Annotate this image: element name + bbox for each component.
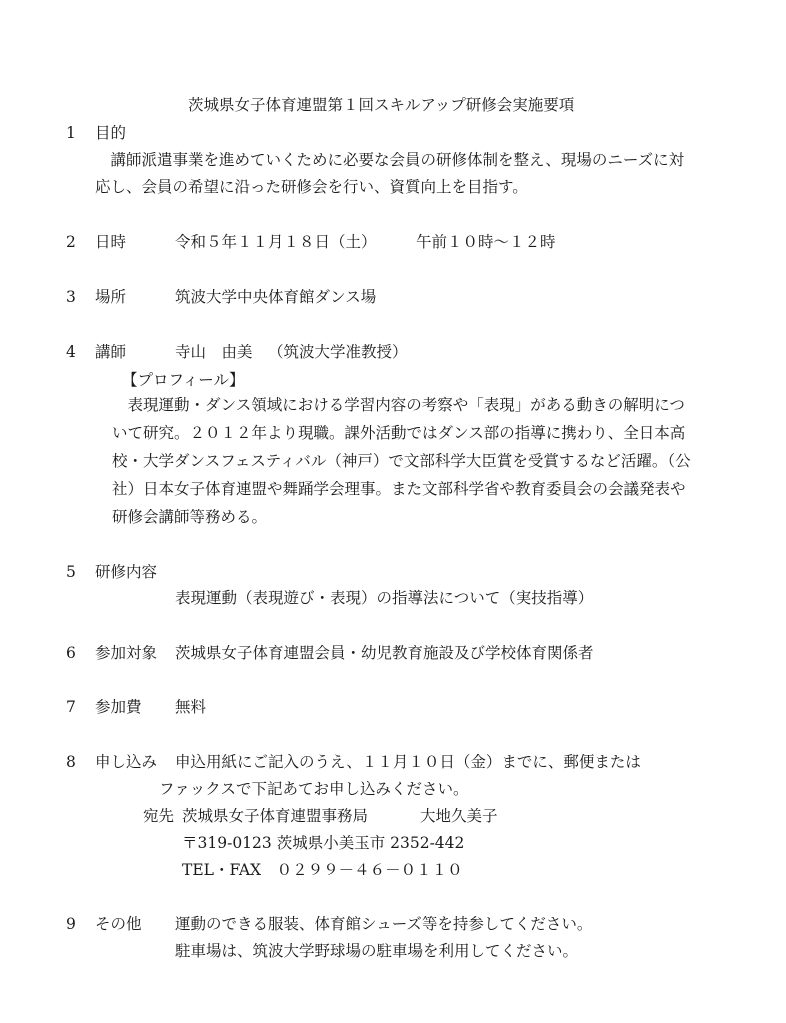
section-label: 研修内容: [95, 562, 157, 582]
address-person: 大地久美子: [420, 806, 498, 826]
participation-fee: 無料: [175, 697, 206, 717]
address-org: 茨城県女子体育連盟事務局: [182, 806, 368, 826]
profile-line: 社）日本女子体育連盟や舞踊学会理事。また文部科学省や教育委員会の会議発表や: [112, 476, 686, 504]
purpose-line: 講師派遣事業を進めていくために必要な会員の研修体制を整え、現場のニーズに対: [95, 147, 684, 175]
profile-line: 校・大学ダンスフェスティバル（神戸）で文部科学大臣賞を受賞するなど活躍。（公: [112, 448, 691, 476]
section-label: 参加対象: [95, 643, 157, 663]
event-time: 午前１０時～１２時: [416, 232, 556, 252]
section-label: 場所: [95, 287, 126, 307]
postal-address: 〒319-0123 茨城県小美玉市 2352-442: [182, 833, 464, 853]
other-note: 運動のできる服装、体育館シューズ等を持参してください。: [175, 914, 592, 934]
event-date: 令和５年１１月１８日（土）: [175, 232, 377, 252]
address-label: 宛先: [143, 806, 174, 826]
purpose-line: 応し、会員の希望に沿った研修会を行い、資質向上を目指す。: [95, 174, 528, 202]
section-number: 9: [66, 914, 76, 934]
section-label: 申し込み: [95, 752, 157, 772]
section-number: 8: [66, 752, 76, 772]
tel-fax: TEL・FAX ０２９９－４６－０１１０: [182, 860, 463, 880]
section-number: 1: [66, 123, 76, 143]
profile-line: 研修会講師等務める。: [112, 504, 267, 532]
document-title: 茨城県女子体育連盟第１回スキルアップ研修会実施要項: [188, 95, 574, 115]
instructor-name: 寺山 由美: [175, 342, 253, 362]
application-line: 申込用紙にご記入のうえ、１１月１０日（金）までに、郵便または: [175, 752, 641, 772]
target-participants: 茨城県女子体育連盟会員・幼児教育施設及び学校体育関係者: [175, 643, 594, 663]
application-line: ファックスで下記あてお申し込みください。: [159, 779, 469, 799]
section-label: 日時: [95, 232, 126, 252]
section-number: 3: [66, 287, 76, 307]
section-label: その他: [95, 914, 142, 934]
other-note: 駐車場は、筑波大学野球場の駐車場を利用してください。: [175, 941, 578, 961]
section-number: 6: [66, 643, 76, 663]
profile-line: 表現運動・ダンス領域における学習内容の考察や「表現」がある動きの解明につ: [112, 392, 685, 420]
profile-heading: 【プロフィール】: [122, 370, 244, 390]
training-content: 表現運動（表現遊び・表現）の指導法について（実技指導）: [175, 588, 593, 608]
profile-line: いて研究。２０１２年より現職。課外活動ではダンス部の指導に携わり、全日本高: [112, 420, 685, 448]
section-number: 4: [66, 342, 76, 362]
section-number: 7: [66, 697, 76, 717]
instructor-affiliation: （筑波大学准教授）: [268, 342, 408, 362]
section-label: 目的: [95, 123, 126, 143]
venue: 筑波大学中央体育館ダンス場: [175, 287, 376, 307]
section-label: 参加費: [95, 697, 142, 717]
section-number: 2: [66, 232, 76, 252]
section-number: 5: [66, 562, 76, 582]
section-label: 講師: [95, 342, 126, 362]
